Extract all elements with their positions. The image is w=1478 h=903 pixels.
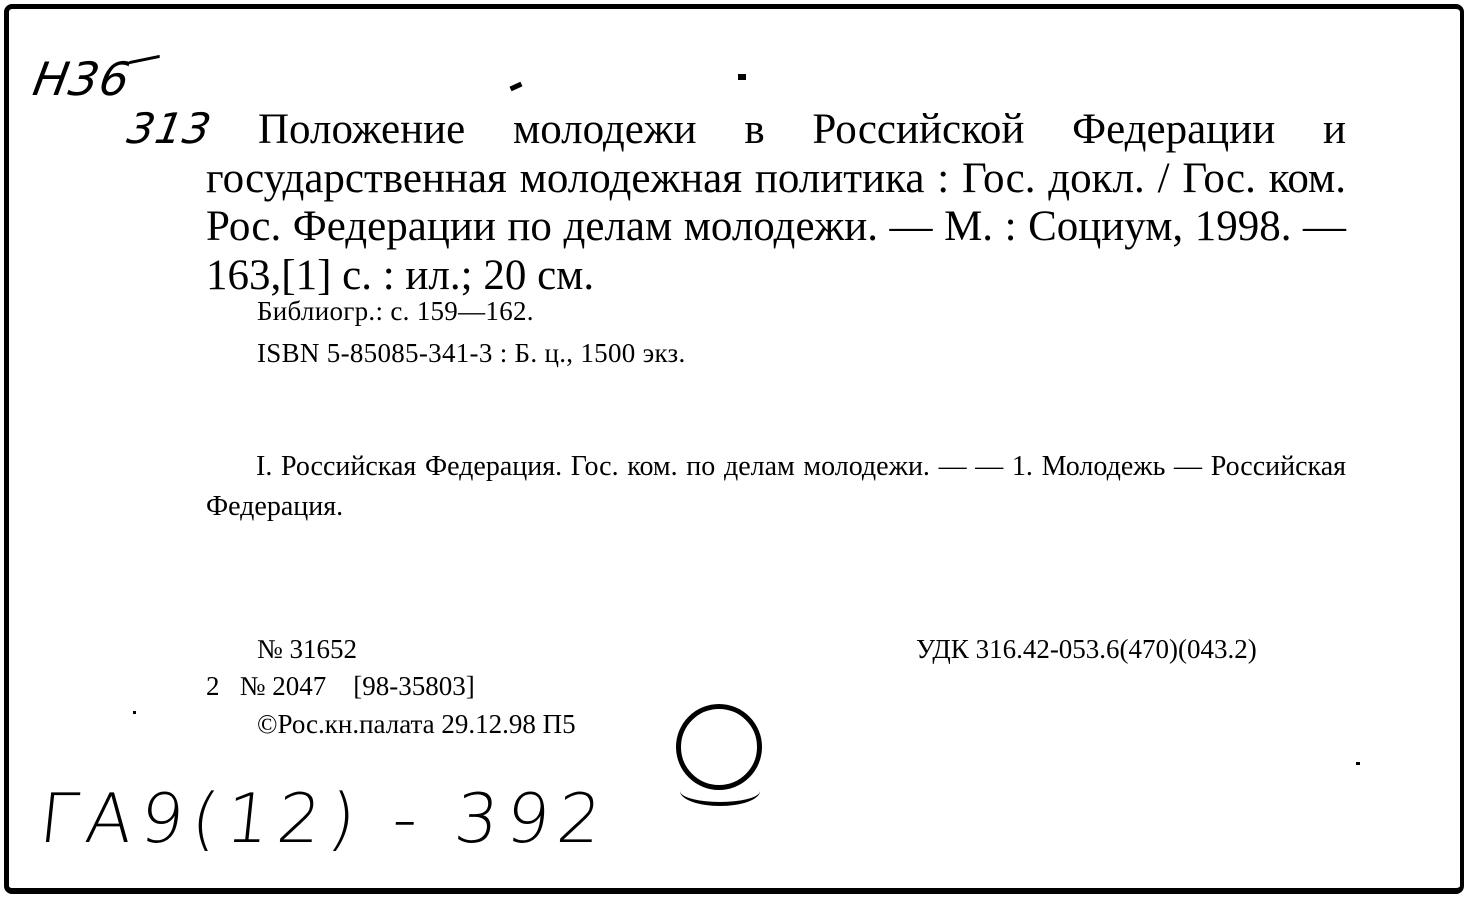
main-bibliographic-entry: Положение молодежи в Российской Федераци… xyxy=(206,106,1346,300)
scan-speck xyxy=(133,711,136,714)
main-entry-text: Положение молодежи в Российской Федераци… xyxy=(206,106,1346,299)
shelf-mark-text: Н36 xyxy=(29,52,135,106)
scan-speck xyxy=(738,74,746,80)
stamp-arc-icon xyxy=(680,776,760,806)
tracing-text: I. Российская Федерация. Гос. ком. по де… xyxy=(206,451,1346,522)
card-count: 2 xyxy=(206,671,220,701)
subject-tracing: I. Российская Федерация. Гос. ком. по де… xyxy=(206,447,1346,527)
udk-classification: УДК 316.42-053.6(470)(043.2) xyxy=(916,634,1257,664)
card-number-line: 2 № 2047 [98-35803] xyxy=(206,671,475,701)
scan-speck xyxy=(1356,762,1360,765)
chamber-code: [98-35803] xyxy=(353,671,474,701)
handwritten-shelf-mark: Н36 xyxy=(29,52,161,106)
isbn-note: ISBN 5-85085-341-3 : Б. ц., 1500 экз. xyxy=(257,338,686,368)
record-number: № 31652 xyxy=(257,634,357,664)
card-number: № 2047 xyxy=(240,671,327,701)
handwritten-shelf-sub: 313 xyxy=(124,104,216,153)
handwritten-inventory-code: ГА9(12) - 392 xyxy=(36,780,613,859)
bibliography-note: Библиогр.: с. 159—162. xyxy=(257,296,534,326)
copyright-line: ©Рос.кн.палата 29.12.98 П5 xyxy=(257,709,576,739)
